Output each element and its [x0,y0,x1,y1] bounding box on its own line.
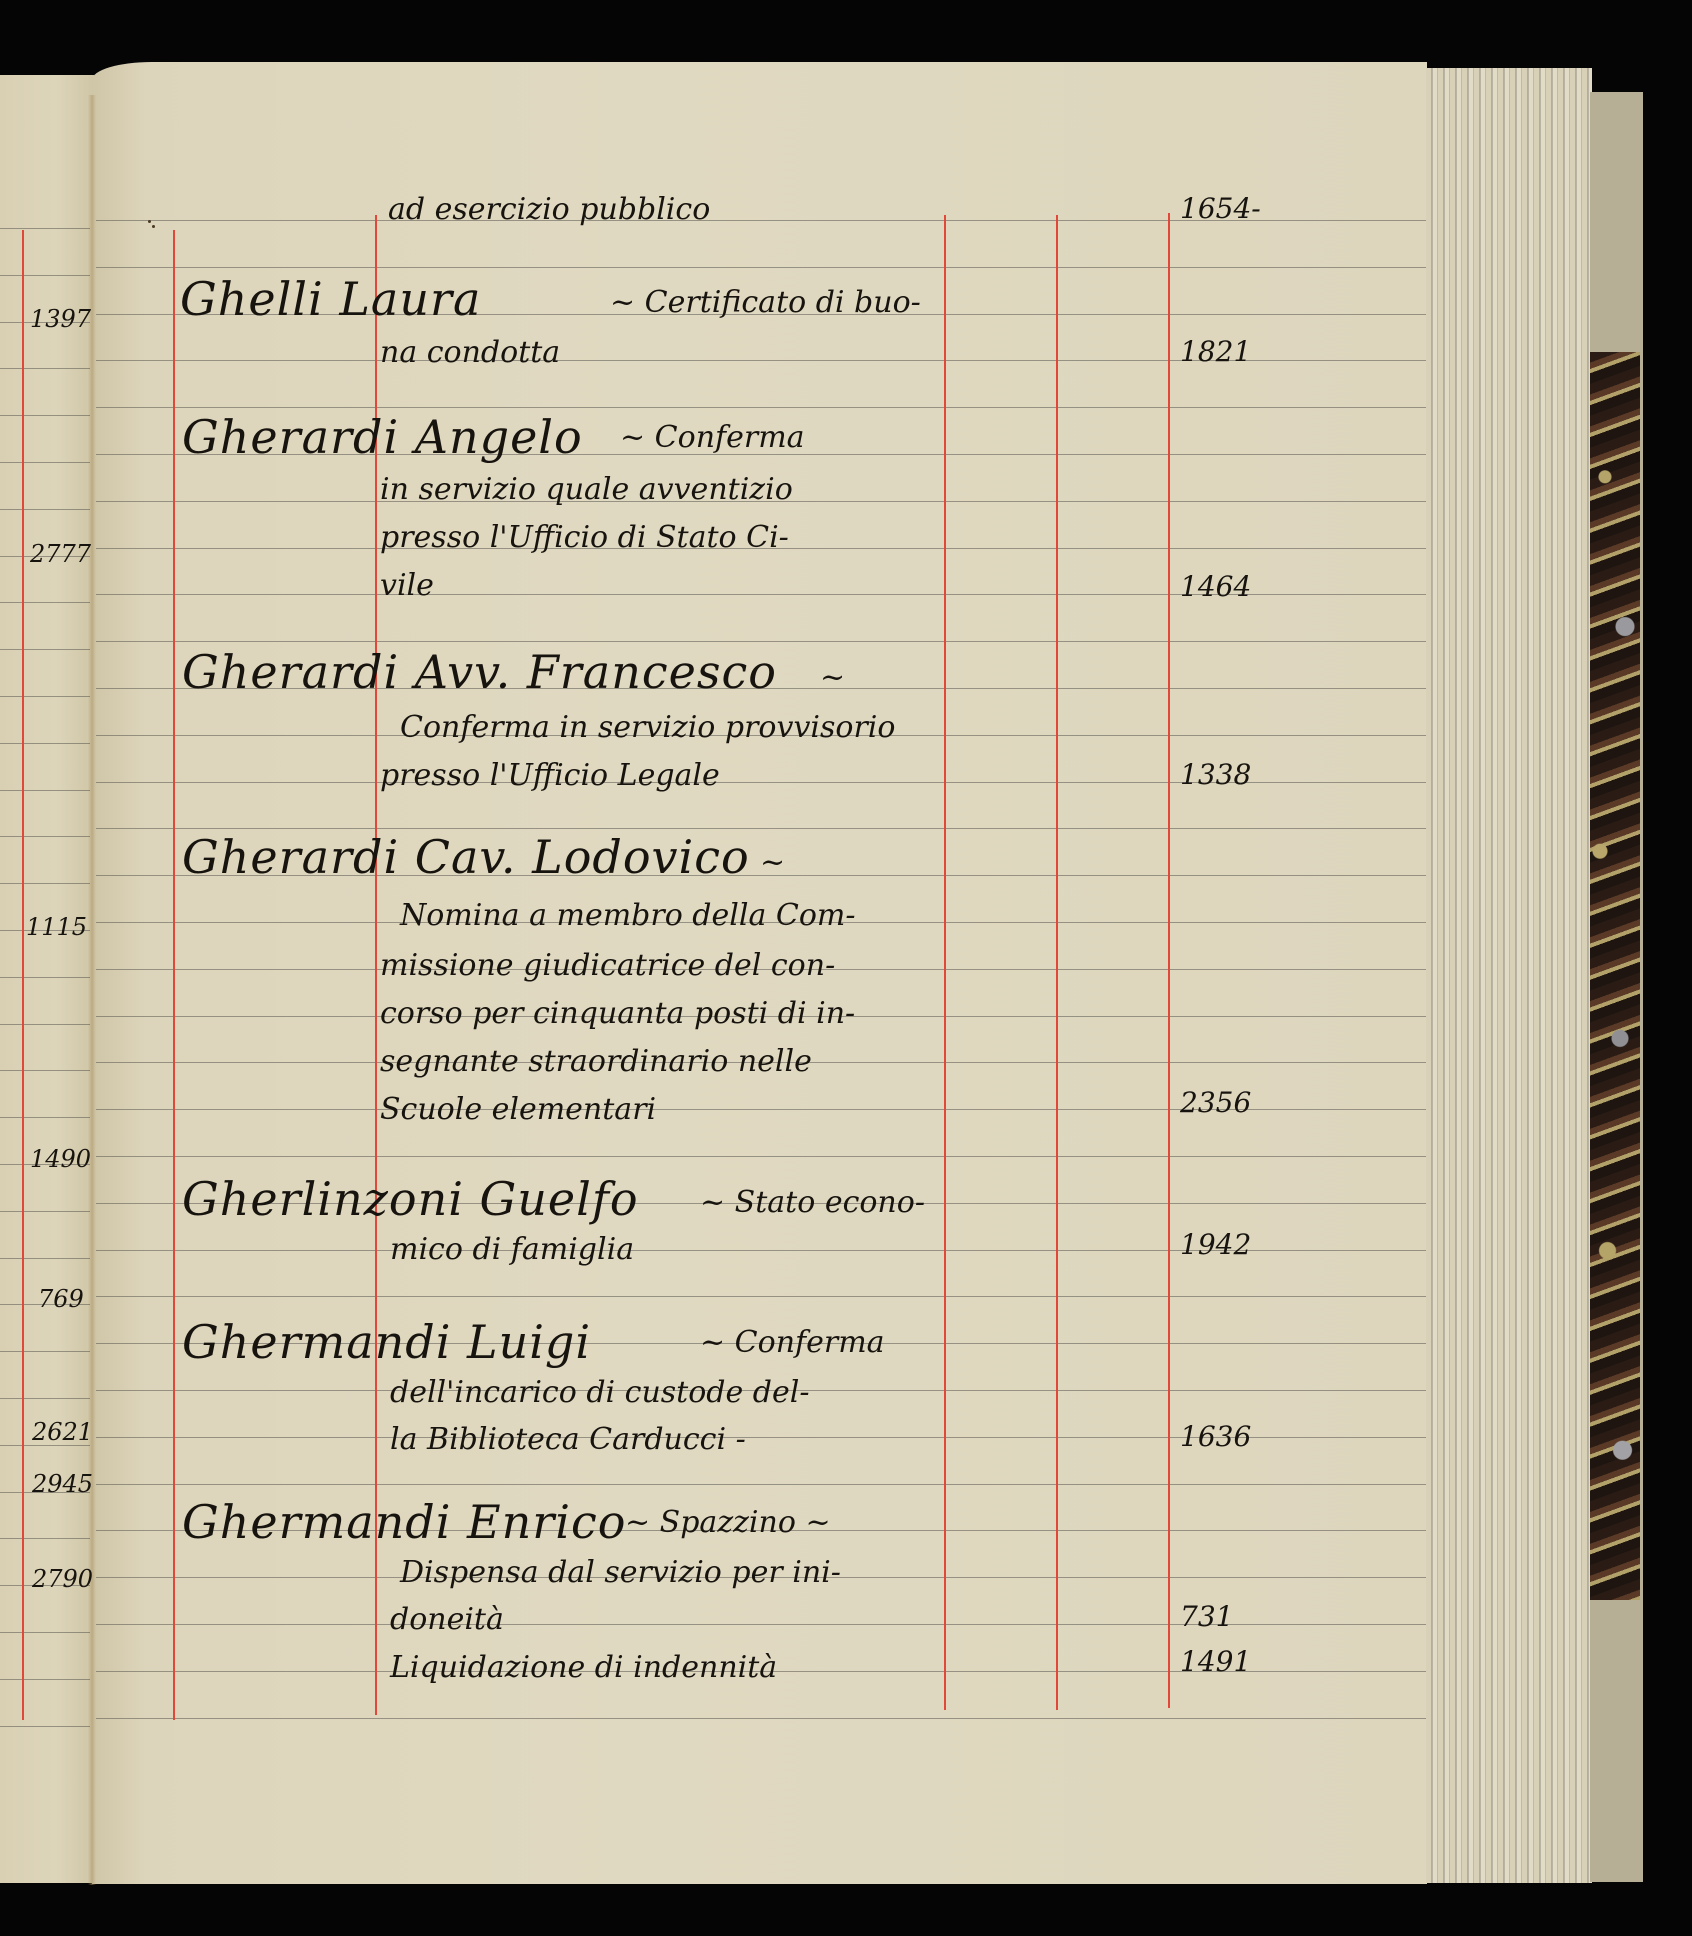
entry-description-line: ~ [760,845,785,880]
ruled-line-left-page [0,883,90,884]
ruled-line [96,1156,1426,1157]
ruled-line-left-page [0,836,90,837]
entry-name: Gherardi Avv. Francesco [182,645,777,699]
entry-name: Gherardi Cav. Lodovico [182,830,750,884]
ruled-line-left-page [0,743,90,744]
page-reference: 1491 [1180,1645,1251,1678]
ruled-line-left-page [0,1632,90,1633]
paper-speck [148,220,151,223]
left-margin-number: 2777 [30,540,91,568]
entry-description-line: doneità [390,1602,504,1637]
ruled-line-left-page [0,462,90,463]
ruled-line-left-page [0,1679,90,1680]
entry-description-line: na condotta [380,335,560,370]
page-reference: 1942 [1180,1228,1251,1261]
page-ref-column-rule [1168,213,1170,1708]
paper-speck [152,225,155,228]
entry-description-line: ~ [820,660,845,695]
entry-description-line: ~ Spazzino ~ [625,1505,831,1540]
ruled-line-left-page [0,368,90,369]
column-rule-b [1056,215,1058,1710]
entry-description-line: Liquidazione di indennità [390,1650,777,1685]
page-reference: 1338 [1180,758,1251,791]
left-page-margin-rule [22,230,24,1720]
ruled-line-left-page [0,228,90,229]
column-rule-a [944,215,946,1710]
left-margin-number: 1115 [26,913,87,941]
page-reference: 1821 [1180,335,1251,368]
entry-description-line: Scuole elementari [380,1092,656,1127]
ruled-line-left-page [0,790,90,791]
ruled-line [96,1484,1426,1485]
ruled-line-left-page [0,696,90,697]
ruled-line-left-page [0,509,90,510]
entry-description-line: dell'incarico di custode del- [390,1375,810,1410]
ruled-line-left-page [0,1538,90,1539]
ruled-line-left-page [0,275,90,276]
entry-name: Gherardi Angelo [182,410,583,464]
entry-description-line: Conferma in servizio provvisorio [400,710,895,745]
entry-description-line: presso l'Ufficio di Stato Ci- [380,520,789,555]
ruled-line [96,1718,1426,1719]
entry-name: Ghermandi Luigi [182,1315,591,1369]
marbled-cover-strip [1590,352,1640,1600]
page-reference: 1636 [1180,1420,1251,1453]
left-margin-number: 1490 [30,1145,91,1173]
entry-description-line: in servizio quale avventizio [380,472,793,507]
left-margin-number: 2945 [32,1470,93,1498]
ruled-line-left-page [0,1070,90,1071]
ruled-line-left-page [0,1726,90,1727]
ruled-line-left-page [0,1351,90,1352]
ruled-line-left-page [0,415,90,416]
ruled-line-left-page [0,1211,90,1212]
entry-description-line: corso per cinquanta posti di in- [380,996,855,1031]
ruled-line-left-page [0,1398,90,1399]
ruled-line-left-page [0,1117,90,1118]
entry-description-line: ~ Conferma [700,1325,885,1360]
entry-name: Gherlinzoni Guelfo [182,1172,639,1226]
entry-description-line: ~ Stato econo- [700,1185,925,1220]
left-page-fragment [0,75,94,1883]
left-margin-number: 769 [38,1285,84,1313]
entry-description-line: segnante straordinario nelle [380,1044,812,1079]
entry-description-line: missione giudicatrice del con- [380,948,835,983]
ruled-line-left-page [0,1024,90,1025]
ruled-line [96,641,1426,642]
left-margin-number: 2621 [32,1418,93,1446]
ruled-line [96,267,1426,268]
page-reference: 2356 [1180,1086,1251,1119]
page-reference: 731 [1180,1600,1233,1633]
ruled-line-left-page [0,977,90,978]
name-column-rule [173,230,175,1720]
entry-name: Ghermandi Enrico [182,1495,626,1549]
entry-description-line: Dispensa dal servizio per ini- [400,1555,841,1590]
left-margin-number: 2790 [32,1565,93,1593]
book-gutter [88,95,96,1885]
ruled-line-left-page [0,602,90,603]
entry-description-line: Nomina a membro della Com- [400,898,855,933]
page-stack-edge [1426,68,1592,1883]
entry-description-line: ~ Certificato di buo- [610,285,921,320]
entry-description-line: vile [380,568,434,603]
left-margin-number: 1397 [30,305,91,333]
entry-name: Ghelli Laura [180,272,481,326]
ruled-line-left-page [0,649,90,650]
ruled-line-left-page [0,1258,90,1259]
entry-description-line: mico di famiglia [390,1232,634,1267]
entry-description-line: la Biblioteca Carducci - [390,1422,746,1457]
entry-description-line: ad esercizio pubblico [388,192,710,227]
entry-description-line: ~ Conferma [620,420,805,455]
entry-description-line: presso l'Ufficio Legale [380,758,720,793]
page-reference: 1464 [1180,570,1251,603]
ruled-line [96,407,1426,408]
ruled-line [96,1296,1426,1297]
page-reference: 1654- [1180,192,1261,225]
